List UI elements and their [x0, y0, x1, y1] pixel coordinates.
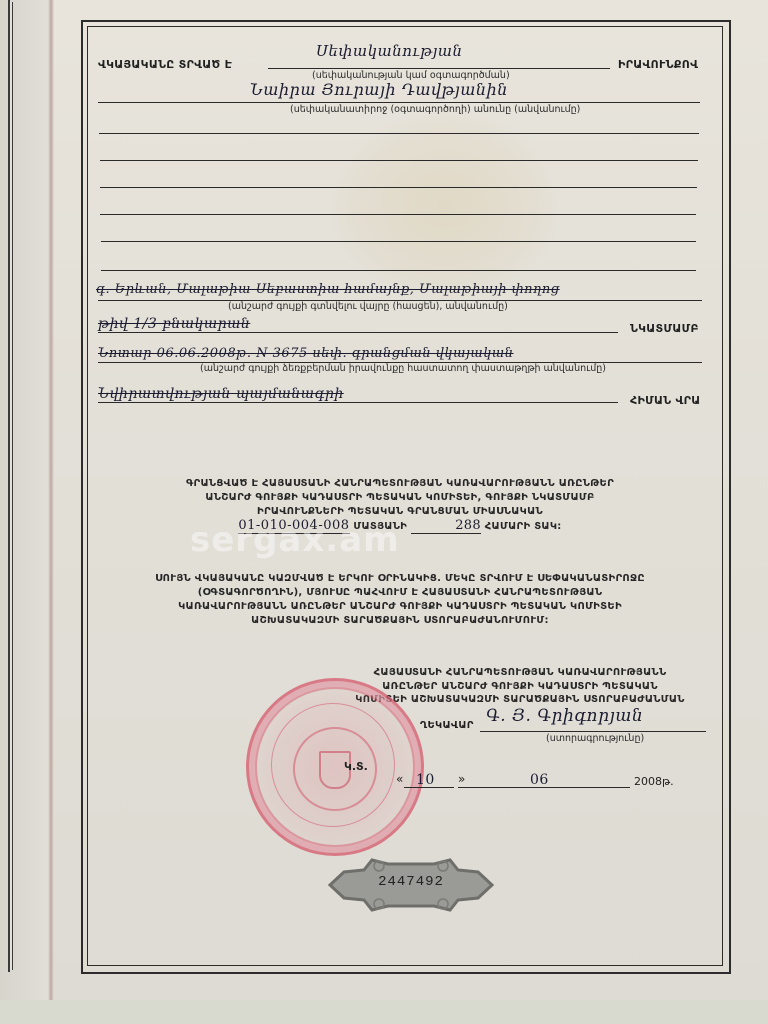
blank-line: [101, 241, 696, 242]
official-stamp: [246, 678, 424, 856]
signature-line: [480, 731, 706, 732]
authority-line: ՀԱՅԱՍՏԱՆԻ ՀԱՆՐԱՊԵՏՈՒԹՅԱՆ ԿԱՌԱՎԱՐՈՒԹՅԱՆՆ: [330, 666, 710, 680]
date-year-suffix: թ.: [662, 775, 674, 788]
registration-line-1: ԳՐԱՆՑՎԱԾ Է ՀԱՅԱՍՏԱՆԻ ՀԱՆՐԱՊԵՏՈՒԹՅԱՆ ԿԱՌԱ…: [100, 477, 700, 491]
blank-line: [100, 187, 697, 188]
copies-notice-line: (ՕԳՏԱԳՈՐԾՈՂԻՆ), ՄՅՈՒՍԸ ՊԱՀՎՈՒՄ Է ՀԱՅԱՍՏԱ…: [100, 586, 700, 600]
page-fold: [48, 0, 54, 1010]
blank-line: [100, 160, 698, 161]
copies-notice: ՍՈՒՅՆ ՎԿԱՅԱԿԱՆԸ ԿԱԶՄՎԱԾ Է ԵՐԿՈՒ ՕՐԻՆԱԿԻՑ…: [100, 572, 700, 628]
location-caption: (անշարժ գույքի գտնվելու վայրը (հասցեն), …: [228, 301, 508, 312]
basis-type-handwritten: Նվիրատվության պայմանագրի: [98, 386, 344, 402]
basis-doc-handwritten: Նոտար 06.06.2008թ. N 3675 սեփ. գրանցման …: [98, 346, 514, 361]
basis-type-line: [98, 402, 618, 403]
owner-caption: (սեփականատիրոջ (օգտագործողի) անունը (անվ…: [290, 104, 580, 115]
basis-doc-caption: (անշարժ գույքի ձեռքբերման իրավունքը հաստ…: [200, 363, 606, 374]
owner-handwritten: Նաիրա Յուրայի Դավթյանին: [250, 80, 508, 99]
date-close-quote: »: [458, 772, 465, 786]
coat-of-arms-watermark: [330, 110, 560, 300]
signature-caption: (ստորագրությունը): [546, 733, 644, 744]
date-year-value: 2008: [634, 775, 662, 788]
adjacent-page-frame: [0, 0, 10, 972]
tablecloth: [0, 1000, 768, 1024]
head-label: ՂԵԿԱՎԱՐ: [420, 720, 474, 731]
signature-handwritten: Գ. Յ. Գրիգորյան: [486, 706, 643, 726]
object-line: [98, 332, 618, 333]
site-watermark: sergax.am: [190, 520, 400, 560]
object-handwritten: թիվ 1/3 բնակարան: [98, 316, 250, 332]
basis-type-label: ՀԻՄԱՆ ՎՐԱ: [630, 394, 701, 407]
location-handwritten: գ. Երևան, Մալաթիա-Սեբաստիա համայնք, Մալա…: [96, 282, 560, 297]
object-label: ՆԿԱՏՄԱՄԲ: [630, 322, 699, 335]
stamp-place-label: Կ.Տ.: [344, 760, 368, 773]
authority-line: ԱՌԸՆԹԵՐ ԱՆՇԱՐԺ ԳՈՒՅՔԻ ԿԱԴԱՍՏՐԻ ՊԵՏԱԿԱՆ: [330, 680, 710, 694]
serial-number: 2447492: [326, 874, 496, 890]
registration-line-2: ԱՆՇԱՐԺ ԳՈՒՅՔԻ ԿԱԴԱՍՏՐԻ ՊԵՏԱԿԱՆ ԿՈՄԻՏԵԻ, …: [100, 491, 700, 505]
owner-line: [98, 102, 700, 103]
right-type-line: [268, 68, 610, 69]
blank-line: [99, 133, 699, 134]
date-year: 2008թ.: [634, 775, 674, 788]
date-day: 10: [416, 772, 435, 788]
copies-notice-line: ԿԱՌԱՎԱՐՈՒԹՅԱՆՆ ԱՌԸՆԹԵՐ ԱՆՇԱՐԺ ԳՈՒՅՔԻ ԿԱԴ…: [100, 600, 700, 614]
date-month: 06: [530, 772, 549, 788]
serial-plaque: 2447492: [326, 856, 496, 914]
registration-line-3: ԻՐԱՎՈՒՆՔՆԵՐԻ ՊԵՏԱԿԱՆ ԳՐԱՆՑՄԱՆ ՄԻԱՍՆԱԿԱՆ: [100, 505, 700, 519]
header-right-label: ԻՐԱՎՈՒՆՔՈՎ: [618, 58, 698, 71]
blank-line: [101, 270, 696, 271]
record-number-handwritten: 288: [411, 519, 481, 534]
copies-notice-line: ՍՈՒՅՆ ՎԿԱՅԱԿԱՆԸ ԿԱԶՄՎԱԾ Է ԵՐԿՈՒ ՕՐԻՆԱԿԻՑ…: [100, 572, 700, 586]
date-open-quote: «: [396, 772, 403, 786]
right-type-handwritten: Սեփականության: [316, 42, 463, 60]
copies-notice-line: ԱՇԽԱՏԱԿԱԶՄԻ ՏԱՐԱԾՔԱՅԻՆ ՍՏՈՐԱԲԱԺԱՆՈՒՄՈՒՄ:: [100, 614, 700, 628]
record-label: ՀԱՄԱՐԻ ՏԱԿ:: [485, 521, 562, 532]
blank-line: [100, 214, 696, 215]
header-issued-to-label: ՎԿԱՅԱԿԱՆԸ ՏՐՎԱԾ Է: [98, 58, 232, 71]
